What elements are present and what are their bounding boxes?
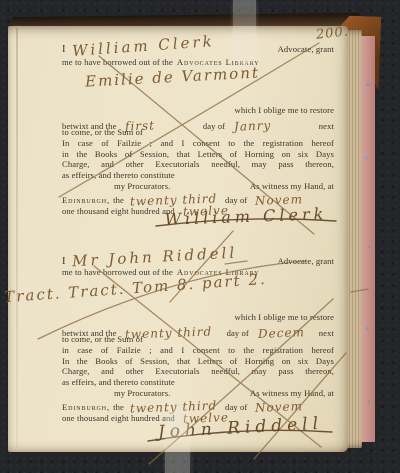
failzie-line: Charge, and other Executorials needful, … xyxy=(62,159,334,170)
procurators-label: my Procurators. xyxy=(114,181,170,191)
page-fore-edge xyxy=(347,30,362,448)
failzie-line: in the Books of Session, that Letters of… xyxy=(62,149,334,160)
entry2-restore-line: which I oblige me to restore xyxy=(62,312,334,322)
entry2-opening-line: I Mr John Riddell Advocate, grant xyxy=(62,250,334,268)
photographed-register-page: 200. I William Clerk Advocate, grant me … xyxy=(0,0,400,473)
entry1-sum-line: to come, or the Sum of xyxy=(62,127,334,137)
to-come-line: to come, or the Sum of xyxy=(62,127,143,137)
book-strap-top xyxy=(233,0,256,64)
witness-label: As witness my Hand, at xyxy=(250,388,334,398)
borrowed-prefix: me to have borrowed out of the xyxy=(62,57,173,67)
failzie-line: In the Books of Session, that Letters of… xyxy=(62,356,334,367)
page-fold-crease xyxy=(16,28,18,448)
failzie-line: In case of Failzie ; and I consent to th… xyxy=(62,138,334,149)
entry1-restore-line: which I oblige me to restore xyxy=(62,105,334,115)
entry2-failzie-paragraph: in case of Failzie ; and I consent to th… xyxy=(62,345,334,387)
entry1-borrowed-line: me to have borrowed out of the Advocates… xyxy=(62,57,334,67)
opening-I: I xyxy=(62,44,66,55)
entry2-sum-line: to come, or the Sum of xyxy=(62,334,334,344)
entry1-opening-line: I William Clerk Advocate, grant xyxy=(62,38,334,56)
borrowed-prefix: me to have borrowed out of the xyxy=(62,267,173,277)
failzie-line: as effeirs, and thereto constitute xyxy=(62,377,334,388)
opening-I: I xyxy=(62,256,66,267)
advocate-grant-label: Advocate, grant xyxy=(278,44,334,54)
marbled-board-edge xyxy=(361,36,375,442)
witness-label: As witness my Hand, at xyxy=(250,181,334,191)
procurators-label: my Procurators. xyxy=(114,388,170,398)
restore-clause: which I oblige me to restore xyxy=(62,105,334,115)
to-come-line: to come, or the Sum of xyxy=(62,334,143,344)
restore-clause: which I oblige me to restore xyxy=(62,312,334,322)
entry1-witness-line: my Procurators. As witness my Hand, at xyxy=(62,181,334,191)
entry1-failzie-paragraph: In case of Failzie ; and I consent to th… xyxy=(62,138,334,180)
failzie-line: Charge, and other Executorials needful, … xyxy=(62,366,334,377)
book-strap-bottom xyxy=(165,410,190,473)
failzie-line: as effeirs, and thereto constitute xyxy=(62,170,334,181)
failzie-line: in case of Failzie ; and I consent to th… xyxy=(62,345,334,356)
entry2-witness-line: my Procurators. As witness my Hand, at xyxy=(62,388,334,398)
advocate-grant-label: Advocate, grant xyxy=(278,256,334,266)
